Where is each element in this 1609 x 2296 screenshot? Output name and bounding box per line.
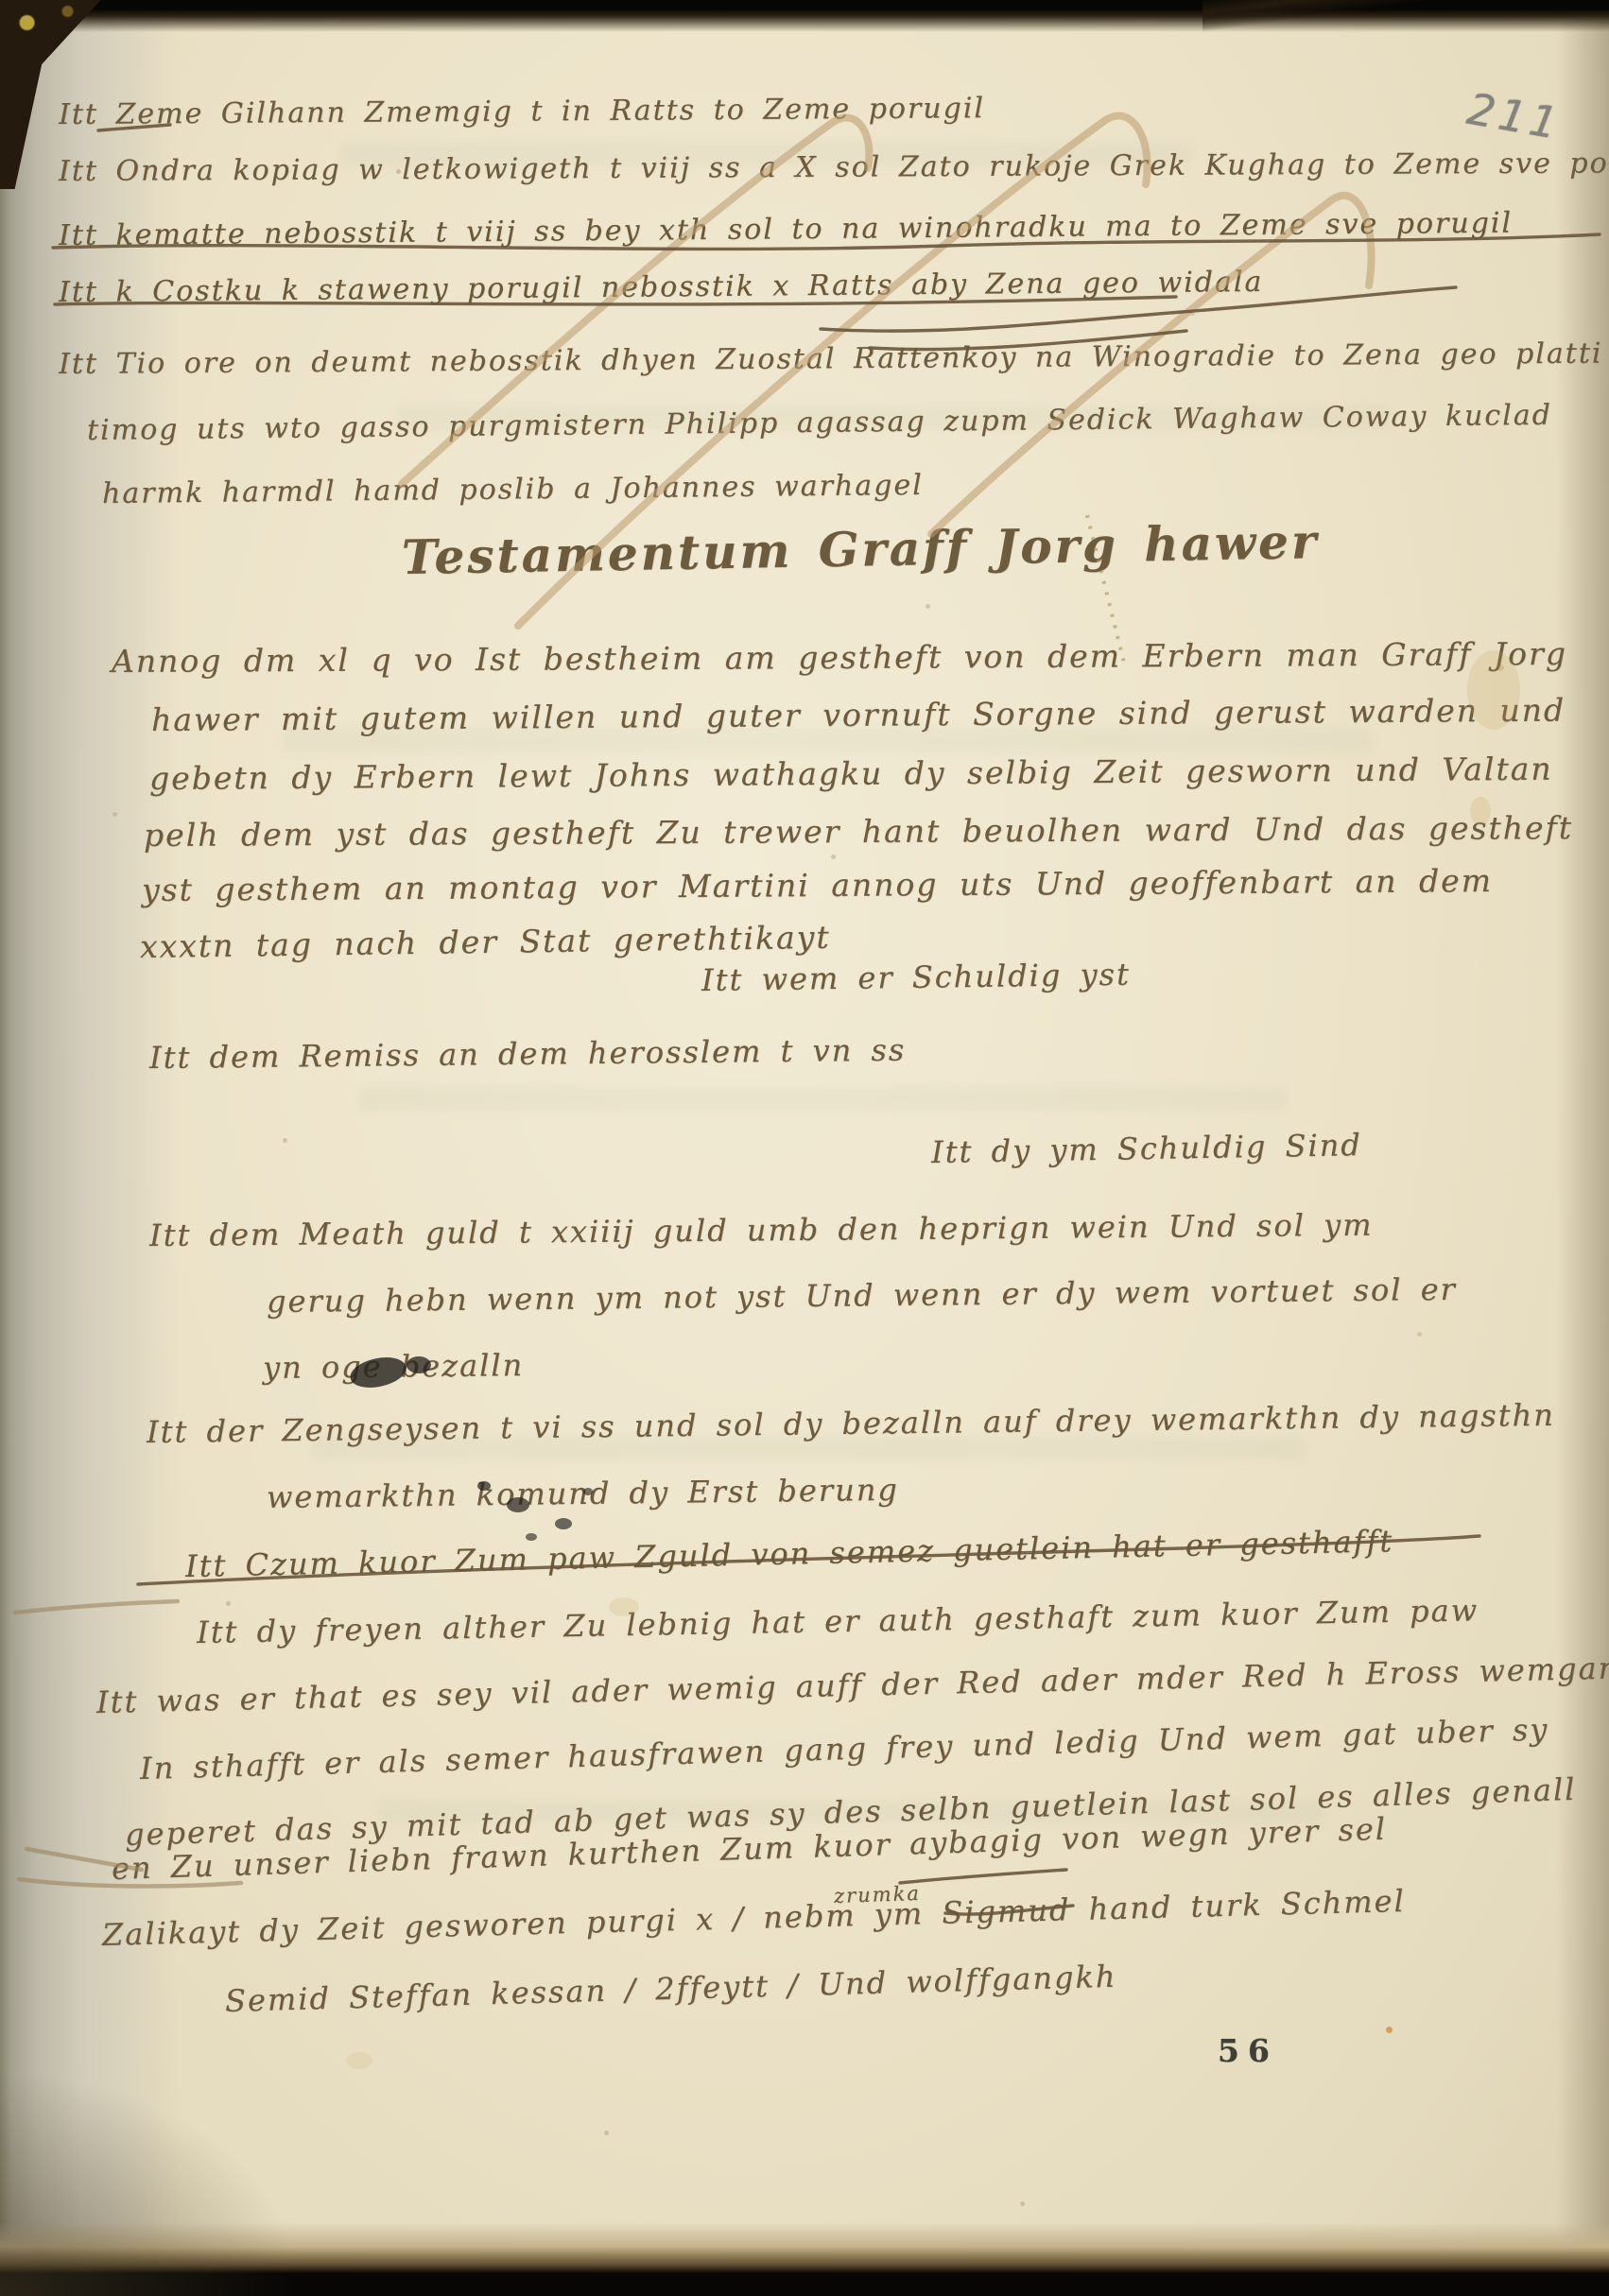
manuscript-line: harmk harmdl hamd poslib a Johannes warh… [102,469,924,510]
manuscript-line: wemarkthn komund dy Erst berung [267,1472,899,1515]
testament-title: Testamentum Graff Jorg hawer [401,513,1319,585]
manuscript-line: Itt dem Meath guld t xxiiij guld umb den… [149,1207,1374,1253]
showthrough-streak [359,1087,1286,1110]
debts-heading: Itt wem er Schuldig yst [701,957,1131,998]
manuscript-line-struck: Itt Czum kuor Zum paw Zguld von semez gu… [185,1523,1394,1584]
manuscript-line: Zalikayt dy Zeit gesworen purgi x / nebm… [102,1883,1407,1953]
binding-gutter-left [0,0,180,2296]
manuscript-line: xxxtn tag nach der Stat gerethtikayt [140,919,831,965]
manuscript-line: Semid Steffan kessan / 2ffeytt / Und wol… [224,1959,1116,2019]
manuscript-line: gerug hebn wenn ym not yst Und wenn er d… [267,1271,1457,1320]
manuscript-page: Itt Zeme Gilhann Zmemgig t in Ratts to Z… [0,0,1609,2296]
manuscript-line: Itt Tio ore on deumt nebosstik dhyen Zuo… [59,337,1609,381]
manuscript-line: Itt Ondra kopiag w letkowigeth t viij ss… [59,147,1609,188]
folio-number: 211 [1463,83,1566,150]
manuscript-line-struck: Itt k Costku k staweny porugil nebosstik… [59,266,1264,309]
credits-heading: Itt dy ym Schuldig Sind [931,1127,1362,1170]
manuscript-line-struck: Itt kematte nebosstik t viij ss bey xth … [59,207,1513,252]
page-shadow-bottom-left [0,2069,303,2296]
manuscript-line: Itt Zeme Gilhann Zmemgig t in Ratts to Z… [59,92,985,131]
binding-corner-top-right [1202,0,1609,49]
manuscript-line: yst gesthem an montag vor Martini annog … [142,862,1493,908]
archive-stamp: 56 [1218,2032,1278,2069]
manuscript-line: Itt was er that es sey vil ader wemig au… [96,1649,1609,1720]
manuscript-line: Annog dm xl q vo Ist bestheim am gesthef… [112,635,1567,680]
manuscript-line: Itt dem Remiss an dem herosslem t vn ss [149,1032,907,1076]
manuscript-line: In sthafft er als semer hausfrawen gang … [139,1711,1548,1787]
manuscript-line: pelh dem yst das gestheft Zu trewer hant… [144,809,1573,854]
manuscript-line: Itt dy freyen alther Zu lebnig hat er au… [197,1592,1479,1650]
manuscript-line: timog uts wto gasso purgmistern Philipp … [87,399,1552,447]
manuscript-line: gebetn dy Erbern lewt Johns wathagku dy … [149,751,1553,797]
manuscript-line: yn oge bezalln [263,1347,525,1386]
